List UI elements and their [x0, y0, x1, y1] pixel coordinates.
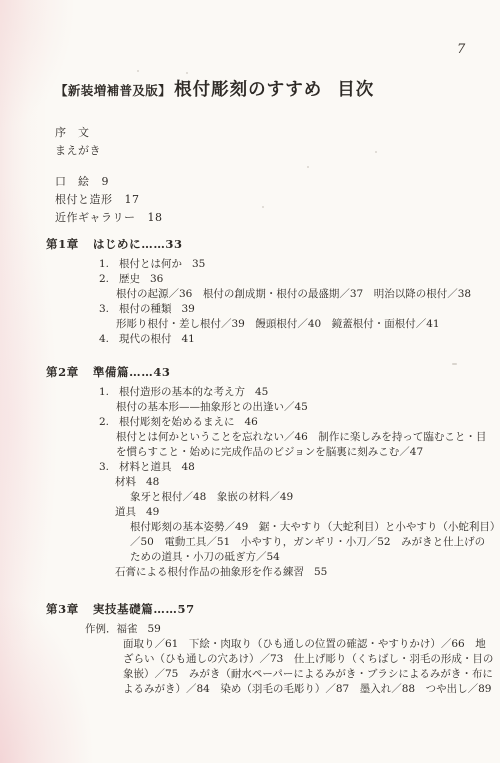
toc-page-number: 48	[182, 461, 195, 473]
toc-page-number: 33	[165, 237, 182, 251]
chapter-2-block: 第2章準備篇……43 1.根付造形の基本的な考え方45 根付の基本形——抽象形と…	[46, 364, 488, 580]
toc-page-number: 35	[192, 258, 205, 270]
toc-leader: ……	[141, 237, 165, 251]
toc-entry: 4.現代の根付41	[46, 332, 488, 347]
toc-entry: 根付と造形17	[55, 191, 163, 209]
toc-entry: 3.材料と道具48	[46, 460, 488, 475]
chapter-1-block: 第1章はじめに……33 1.根付とは何か35 2.歴史36 根付の起源／36 根…	[46, 236, 488, 347]
chapter-number: 第1章	[46, 237, 79, 251]
toc-page-number: 18	[148, 211, 163, 224]
toc-subline: ための道具・小刀の砥ぎ方／54	[46, 550, 488, 565]
toc-page-number: 48	[146, 476, 159, 488]
page-number: 7	[457, 42, 465, 57]
toc-entry: 2.根付彫刻を始めるまえに46	[46, 415, 488, 430]
toc-subline: 象嵌）／75 みがき（耐水ペーパーによるみがき・ブラシによるみがき・布に	[46, 667, 488, 682]
toc-subline: 根付彫刻の基本姿勢／49 鋸・大やすり（大蛇利目）と小やすり（小蛇利目）	[46, 520, 488, 535]
chapter-title: はじめに	[93, 237, 141, 251]
front-matter-preface: 序 文 まえがき	[55, 124, 101, 160]
toc-example-entry: 作例．福雀59	[46, 622, 488, 637]
toc-subline: 根付とは何かということを忘れない／46 制作に楽しみを持って臨むこと・目	[46, 430, 488, 445]
toc-page-number: 9	[102, 175, 110, 188]
scan-artifact	[262, 206, 264, 208]
toc-entry: 近作ギャラリー18	[55, 209, 163, 227]
toc-leader: ……	[129, 365, 153, 379]
toc-group-header: 石膏による根付作品の抽象形を作る練習55	[46, 565, 488, 580]
toc-subline: 根付の基本形——抽象形との出逢い／45	[46, 400, 488, 415]
chapter-heading: 第3章実技基礎篇……57	[46, 601, 488, 617]
scan-artifact	[137, 70, 139, 72]
toc-page-number: 17	[125, 193, 140, 206]
chapter-heading: 第2章準備篇……43	[46, 364, 488, 380]
toc-subline: ざらい（ひも通しの穴あけ）／73 仕上げ彫り（くちばし・羽毛の形成・目の	[46, 652, 488, 667]
chapter-heading: 第1章はじめに……33	[46, 236, 488, 252]
toc-entry: 2.歴史36	[46, 272, 488, 287]
toc-entry: 1.根付とは何か35	[46, 257, 488, 272]
scan-artifact	[375, 151, 377, 153]
toc-page-number: 43	[153, 365, 170, 379]
chapter-title: 実技基礎篇	[93, 602, 154, 616]
toc-label: 目次	[337, 80, 374, 100]
book-title: 根付彫刻のすすめ	[174, 80, 322, 100]
toc-entry: まえがき	[55, 142, 101, 160]
toc-subline: 象牙と根付／48 象嵌の材料／49	[46, 490, 488, 505]
scan-artifact	[307, 166, 309, 168]
toc-subline: を慣らすこと・始めに完成作品のビジョンを脳裏に刻みこむ／47	[46, 445, 488, 460]
chapter-3-block: 第3章実技基礎篇……57 作例．福雀59 面取り／61 下絵・肉取り（ひも通しの…	[46, 601, 488, 697]
toc-leader: ……	[153, 602, 177, 616]
book-title-row: 【新装増補普及版】根付彫刻のすすめ目次	[55, 76, 374, 101]
toc-entry: 1.根付造形の基本的な考え方45	[46, 385, 488, 400]
toc-subline: 面取り／61 下絵・肉取り（ひも通しの位置の確認・やすりかけ）／66 地	[46, 637, 488, 652]
toc-page-number: 41	[182, 333, 195, 345]
edition-label: 【新装増補普及版】	[55, 83, 171, 98]
toc-page-number: 45	[255, 386, 268, 398]
scan-artifact	[186, 72, 188, 74]
toc-page-number: 55	[314, 566, 327, 578]
scanned-toc-page: 7 【新装増補普及版】根付彫刻のすすめ目次 序 文 まえがき 口 絵9 根付と造…	[0, 0, 500, 763]
toc-entry: 序 文	[55, 124, 101, 142]
toc-subline: ／50 電動工具／51 小やすり，ガンギリ・小刀／52 みがきと仕上げの	[46, 535, 488, 550]
toc-subline: 根付の起源／36 根付の創成期・根付の最盛期／37 明治以降の根付／38	[46, 287, 488, 302]
toc-subline: よるみがき）／84 染め（羽毛の毛彫り）／87 墨入れ／88 つや出し／89	[46, 682, 488, 697]
toc-page-number: 57	[178, 602, 195, 616]
front-matter-plates: 口 絵9 根付と造形17 近作ギャラリー18	[55, 173, 163, 227]
toc-page-number: 49	[146, 506, 159, 518]
toc-subline: 形彫り根付・差し根付／39 饅頭根付／40 鏡蓋根付・面根付／41	[46, 317, 488, 332]
toc-page-number: 36	[150, 273, 163, 285]
toc-page-number: 39	[182, 303, 195, 315]
toc-group-header: 材料48	[46, 475, 488, 490]
toc-page-number: 59	[148, 623, 161, 635]
toc-page-number: 46	[245, 416, 258, 428]
chapter-number: 第2章	[46, 365, 79, 379]
toc-entry: 口 絵9	[55, 173, 163, 191]
chapter-title: 準備篇	[93, 365, 129, 379]
toc-entry: 3.根付の種類39	[46, 302, 488, 317]
toc-group-header: 道具49	[46, 505, 488, 520]
chapter-number: 第3章	[46, 602, 79, 616]
